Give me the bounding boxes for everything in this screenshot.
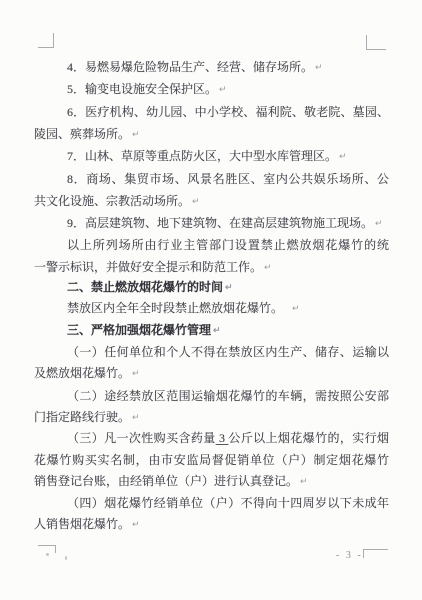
line-text: （一）任何单位和个人不得在禁放区内生产、储存、运输以 xyxy=(67,345,389,359)
line-text: 人销售烟花爆竹。 xyxy=(34,517,130,531)
corner-mark-top-left xyxy=(38,33,54,48)
continuation-line: 门指定路线行驶。↵ xyxy=(34,406,389,428)
line-text: 共文化设施、宗教活动场所。 xyxy=(34,194,190,208)
heading-text: 三、严格加强烟花爆竹管理 xyxy=(67,323,211,337)
page-number: - 3 - xyxy=(336,550,363,561)
clause-line: （一）任何单位和个人不得在禁放区内生产、储存、运输以 xyxy=(34,341,389,363)
line-text: （二）途经禁放区范围运输烟花爆竹的车辆，需按照公安部 xyxy=(67,389,389,403)
list-item-line: 7．山林、草原等重点防火区，大中型水库管理区。↵ xyxy=(34,145,389,167)
line-text: 8．商场、集贸市场、风景名胜区、室内公共娱乐场所、公 xyxy=(67,172,389,186)
scan-artifact xyxy=(46,553,49,556)
paragraph-mark-icon: ↵ xyxy=(225,282,233,292)
continuation-line: 人销售烟花爆竹。↵ xyxy=(34,513,389,535)
line-text: 销售登记台账，由经销单位（户）进行认真登记。 xyxy=(34,474,298,488)
paragraph-mark-icon: ↵ xyxy=(264,262,272,272)
line-text: 一警示标识，并做好安全提示和防范工作。 xyxy=(34,260,262,274)
continuation-line: 花爆竹购买实名制，由市安监局督促销单位（户）制定烟花爆竹 xyxy=(34,449,389,471)
line-text: 及燃放烟花爆竹。 xyxy=(34,366,130,380)
line-text: 门指定路线行驶。 xyxy=(34,410,130,424)
continuation-line: 销售登记台账，由经销单位（户）进行认真登记。↵ xyxy=(34,470,389,492)
list-item-line: 4．易燃易爆危险物品生产、经营、储存场所。↵ xyxy=(34,56,389,78)
line-text: 7．山林、草原等重点防火区，大中型水库管理区。 xyxy=(67,149,337,163)
scan-artifact xyxy=(65,556,67,560)
document-page: 4．易燃易爆危险物品生产、经营、储存场所。↵ 5．输变电设施安全保护区。↵ 6．… xyxy=(0,0,422,600)
line-text: 禁放区内全年全时段禁止燃放烟花爆竹。 xyxy=(67,301,283,315)
continuation-line: 共文化设施、宗教活动场所。↵ xyxy=(34,190,389,212)
paragraph-mark-icon: ↵ xyxy=(375,218,383,228)
paragraph-mark-icon: ↵ xyxy=(292,303,300,313)
heading-text: 二、禁止燃放烟花爆竹的时间 xyxy=(67,280,223,294)
list-item-line: 9．高层建筑物、地下建筑物、在建高层建筑物施工现场。↵ xyxy=(34,212,389,234)
corner-mark-bottom-right xyxy=(363,549,388,558)
list-item-line: 8．商场、集贸市场、风景名胜区、室内公共娱乐场所、公 xyxy=(34,168,389,190)
paragraph-mark-icon: ↵ xyxy=(315,62,323,72)
clause-line: （二）途经禁放区范围运输烟花爆竹的车辆，需按照公安部 xyxy=(34,385,389,407)
paragraph-mark-icon: ↵ xyxy=(213,325,221,335)
line-text: 6．医疗机构、幼儿园、中小学校、福利院、敬老院、墓园、 xyxy=(67,105,389,119)
corner-mark-bottom-left xyxy=(38,545,56,553)
paragraph-line: 以上所列场所由行业主管部门设置禁止燃放烟花爆竹的统 xyxy=(34,234,389,256)
continuation-line: 及燃放烟花爆竹。↵ xyxy=(34,362,389,384)
paragraph-mark-icon: ↵ xyxy=(339,151,347,161)
line-text: 陵园、殡葬场所。 xyxy=(34,127,130,141)
paragraph-mark-icon: ↵ xyxy=(192,196,200,206)
continuation-line: 一警示标识，并做好安全提示和防范工作。↵ xyxy=(34,256,389,278)
line-text: （四）烟花爆竹经销单位（户）不得向十四周岁以下未成年 xyxy=(67,496,389,510)
line-text: 以上所列场所由行业主管部门设置禁止燃放烟花爆竹的统 xyxy=(67,238,389,252)
line-text: 5．输变电设施安全保护区。 xyxy=(67,82,217,96)
paragraph-mark-icon: ↵ xyxy=(300,476,308,486)
paragraph-mark-icon: ↵ xyxy=(219,84,227,94)
line-text: （三）凡一次性购买含药量 xyxy=(67,431,216,445)
line-text: 9．高层建筑物、地下建筑物、在建高层建筑物施工现场。 xyxy=(67,216,373,230)
paragraph-mark-icon: ↵ xyxy=(132,412,140,422)
line-text: 公斤以上烟花爆竹的，实行烟 xyxy=(228,431,389,445)
line-text: 4．易燃易爆危险物品生产、经营、储存场所。 xyxy=(67,60,313,74)
paragraph-mark-icon: ↵ xyxy=(132,519,140,529)
paragraph-mark-icon: ↵ xyxy=(132,129,140,139)
line-text: 花爆竹购买实名制，由市安监局督促销单位（户）制定烟花爆竹 xyxy=(34,453,389,467)
section-heading-3: 三、严格加强烟花爆竹管理↵ xyxy=(34,319,389,341)
paragraph-line: 禁放区内全年全时段禁止燃放烟花爆竹。↵ xyxy=(34,297,389,319)
corner-mark-top-right xyxy=(366,35,386,50)
clause-line: （四）烟花爆竹经销单位（户）不得向十四周岁以下未成年 xyxy=(34,492,389,514)
continuation-line: 陵园、殡葬场所。↵ xyxy=(34,123,389,145)
underlined-number: 3 xyxy=(216,431,229,445)
section-heading-2: 二、禁止燃放烟花爆竹的时间↵ xyxy=(34,276,389,298)
paragraph-mark-icon: ↵ xyxy=(132,368,140,378)
list-item-line: 6．医疗机构、幼儿园、中小学校、福利院、敬老院、墓园、 xyxy=(34,101,389,123)
list-item-line: 5．输变电设施安全保护区。↵ xyxy=(34,78,389,100)
clause-line: （三）凡一次性购买含药量 3 公斤以上烟花爆竹的，实行烟 xyxy=(34,427,389,449)
